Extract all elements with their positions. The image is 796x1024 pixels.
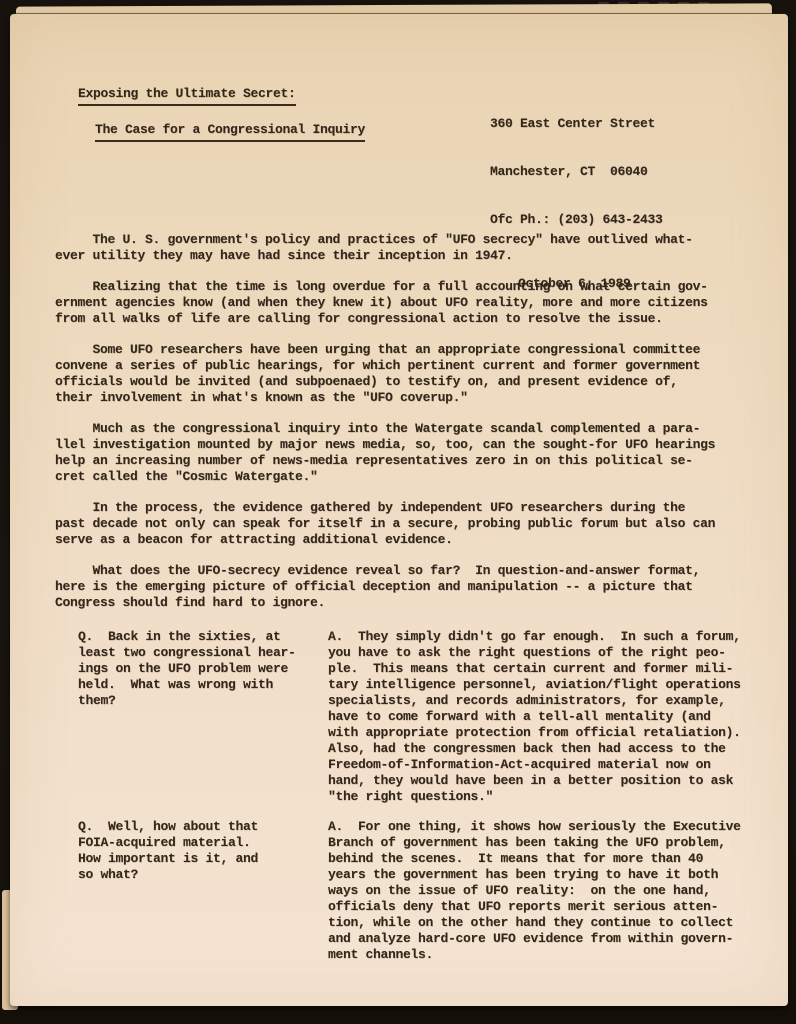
intro-paragraph: In the process, the evidence gathered by… bbox=[55, 500, 748, 548]
intro-paragraph: Some UFO researchers have been urging th… bbox=[55, 342, 748, 406]
question-answer-section: Q. Back in the sixties, at least two con… bbox=[78, 629, 758, 963]
document-title-line2: The Case for a Congressional Inquiry bbox=[95, 122, 365, 142]
document-titles: Exposing the Ultimate Secret: The Case f… bbox=[78, 84, 365, 142]
intro-paragraph: Much as the congressional inquiry into t… bbox=[55, 421, 748, 485]
typewritten-page: Exposing the Ultimate Secret: The Case f… bbox=[10, 14, 788, 1006]
document-header: Exposing the Ultimate Secret: The Case f… bbox=[10, 84, 788, 186]
address-block: 360 East Center Street Manchester, CT 06… bbox=[490, 84, 663, 324]
photo-scene: Exposing the Ultimate Secret: The Case f… bbox=[0, 0, 796, 1024]
qa-answer: A. They simply didn't go far enough. In … bbox=[328, 629, 758, 805]
document-date: October 6, 1989 bbox=[518, 276, 663, 292]
intro-paragraph: What does the UFO-secrecy evidence revea… bbox=[55, 563, 748, 611]
qa-question: Q. Well, how about that FOIA-acquired ma… bbox=[78, 819, 328, 963]
qa-answer: A. For one thing, it shows how seriously… bbox=[328, 819, 758, 963]
address-city: Manchester, CT 06040 bbox=[490, 164, 663, 180]
address-street: 360 East Center Street bbox=[490, 116, 663, 132]
qa-question: Q. Back in the sixties, at least two con… bbox=[78, 629, 328, 805]
address-phone: Ofc Ph.: (203) 643-2433 bbox=[490, 212, 663, 228]
document-title-line1: Exposing the Ultimate Secret: bbox=[78, 86, 296, 106]
